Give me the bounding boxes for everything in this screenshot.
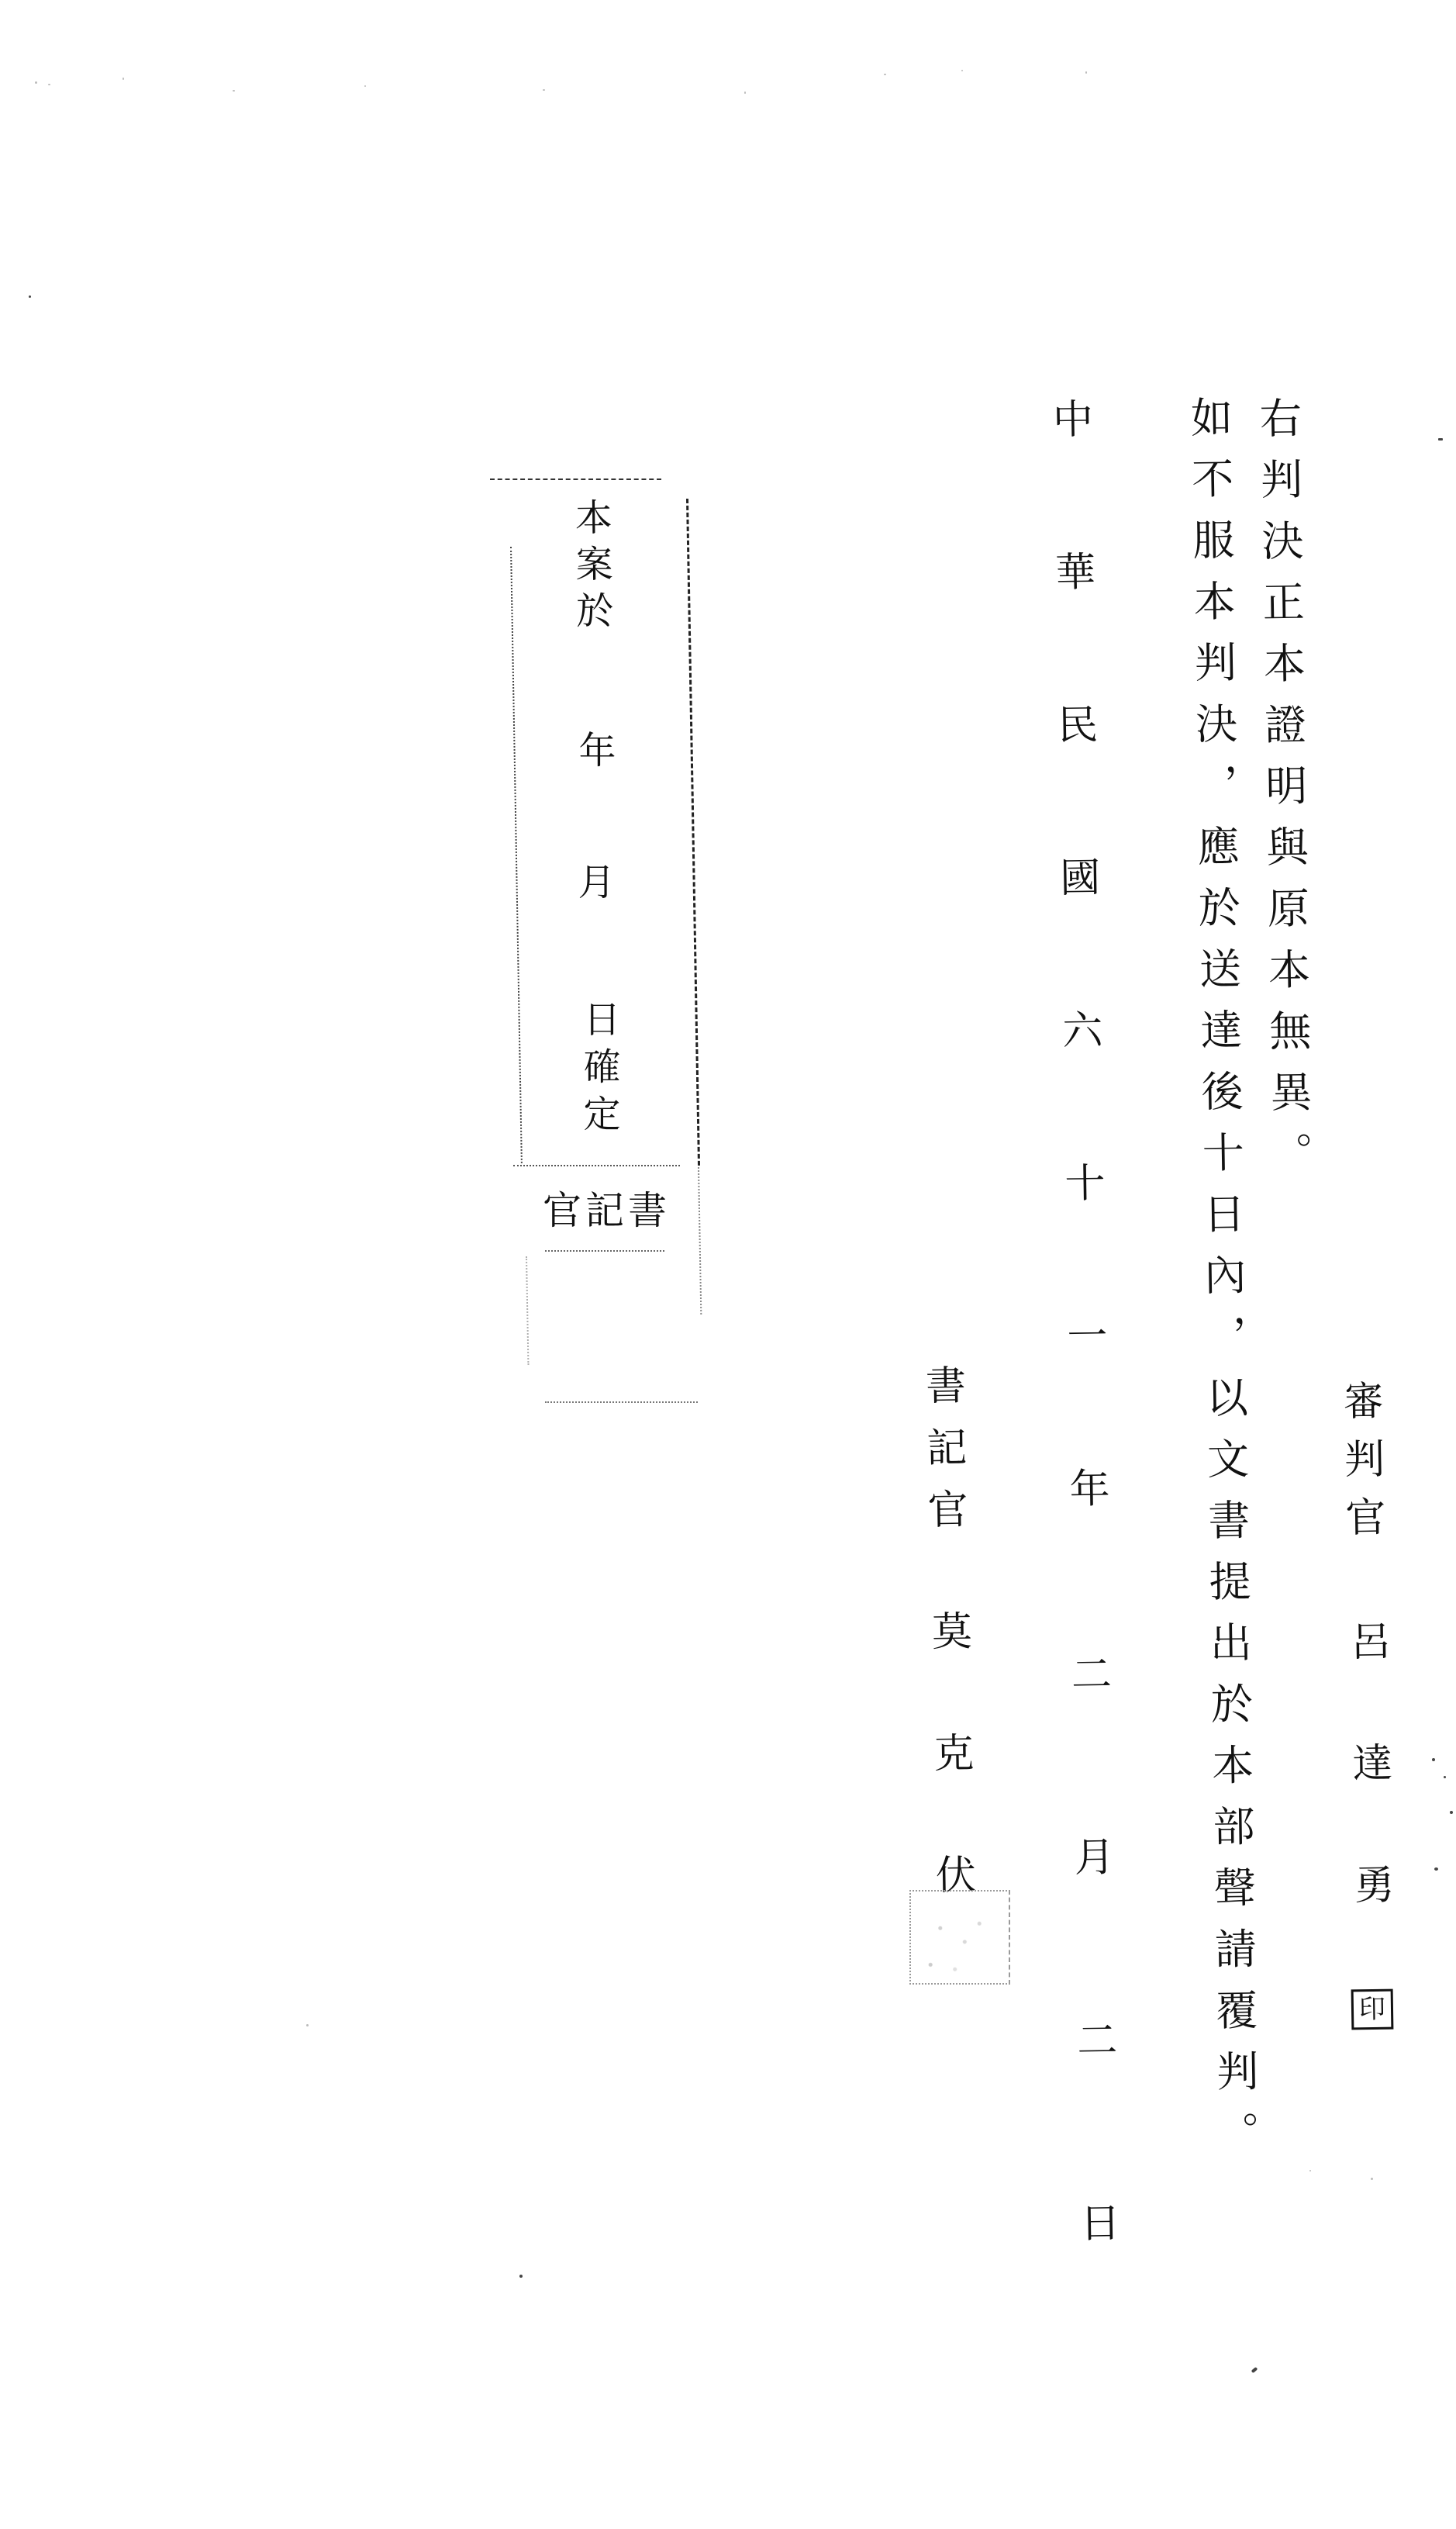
finality-day-suffix: 日確定 [580,1000,617,1142]
scan-speck [364,85,366,87]
scan-speck [1432,1758,1435,1761]
scan-speck [1444,1776,1446,1778]
scan-speck [1309,2170,1311,2171]
scan-speck [1251,2367,1258,2373]
clerk-seal-stamp-icon [909,1890,1010,1985]
finality-clerk-label: 書記官 [543,1191,671,1230]
box-signature-dotted-rule [545,1250,664,1252]
scan-speck [306,2024,309,2026]
finality-prefix: 本案於 [571,498,610,638]
judge-seal-stamp: 印 [1351,1989,1394,2030]
scan-speck [1450,1811,1453,1814]
date-day-unit: 日 [1072,2201,1122,2385]
clerk-title: 書記官 [921,1364,964,1551]
finality-year-unit: 年 [575,731,612,768]
date-year-unit: 年 [1062,1467,1111,1620]
date-era: 中華民國 [1045,398,1101,1010]
scan-speck [122,78,124,80]
date-month-unit: 月 [1067,1835,1116,2019]
finality-month-unit: 月 [574,862,612,900]
box-bottom-dotted-rule [545,1401,698,1403]
box-left-lower-dotted-rule [526,1256,529,1365]
scan-speck [1438,438,1443,441]
judge-name: 呂達勇 [1346,1620,1392,1986]
date-month: 二 [1064,1653,1113,1836]
certification-line: 右判決正本證明與原本無異。 [1256,396,1310,1194]
scan-speck [961,70,963,71]
box-top-dashed-rule [490,479,661,480]
scan-speck [35,81,37,84]
scan-speck [884,74,886,75]
appeal-notice: 如不服本判決，應於送達後十日內，以文書提出於本部聲請覆判。 [1187,396,1257,2173]
date-year: 六十一 [1054,1008,1108,1467]
box-right-lower-dotted-rule [698,1167,702,1315]
box-right-dashed-rule [686,499,700,1166]
judge-title: 審判官 [1339,1380,1382,1555]
scan-speck [1371,2178,1373,2180]
scan-speck [48,84,50,85]
scan-speck [744,92,746,94]
scan-speck [519,2275,523,2278]
date-era-year: 中華民國六十一年 [1048,398,1108,1621]
scan-speck [1085,71,1087,74]
date-month-day: 二月二日 [1067,1653,1119,2386]
scan-speck [29,295,31,298]
date-day: 二 [1069,2018,1119,2202]
scanned-document-page: 右判決正本證明與原本無異。 如不服本判決，應於送達後十日內，以文書提出於本部聲請… [0,0,1456,2529]
box-middle-dotted-rule [513,1165,680,1166]
scan-speck [233,90,235,92]
scan-speck [1434,1867,1438,1871]
box-left-dotted-rule [510,547,523,1163]
scan-speck [543,89,545,91]
